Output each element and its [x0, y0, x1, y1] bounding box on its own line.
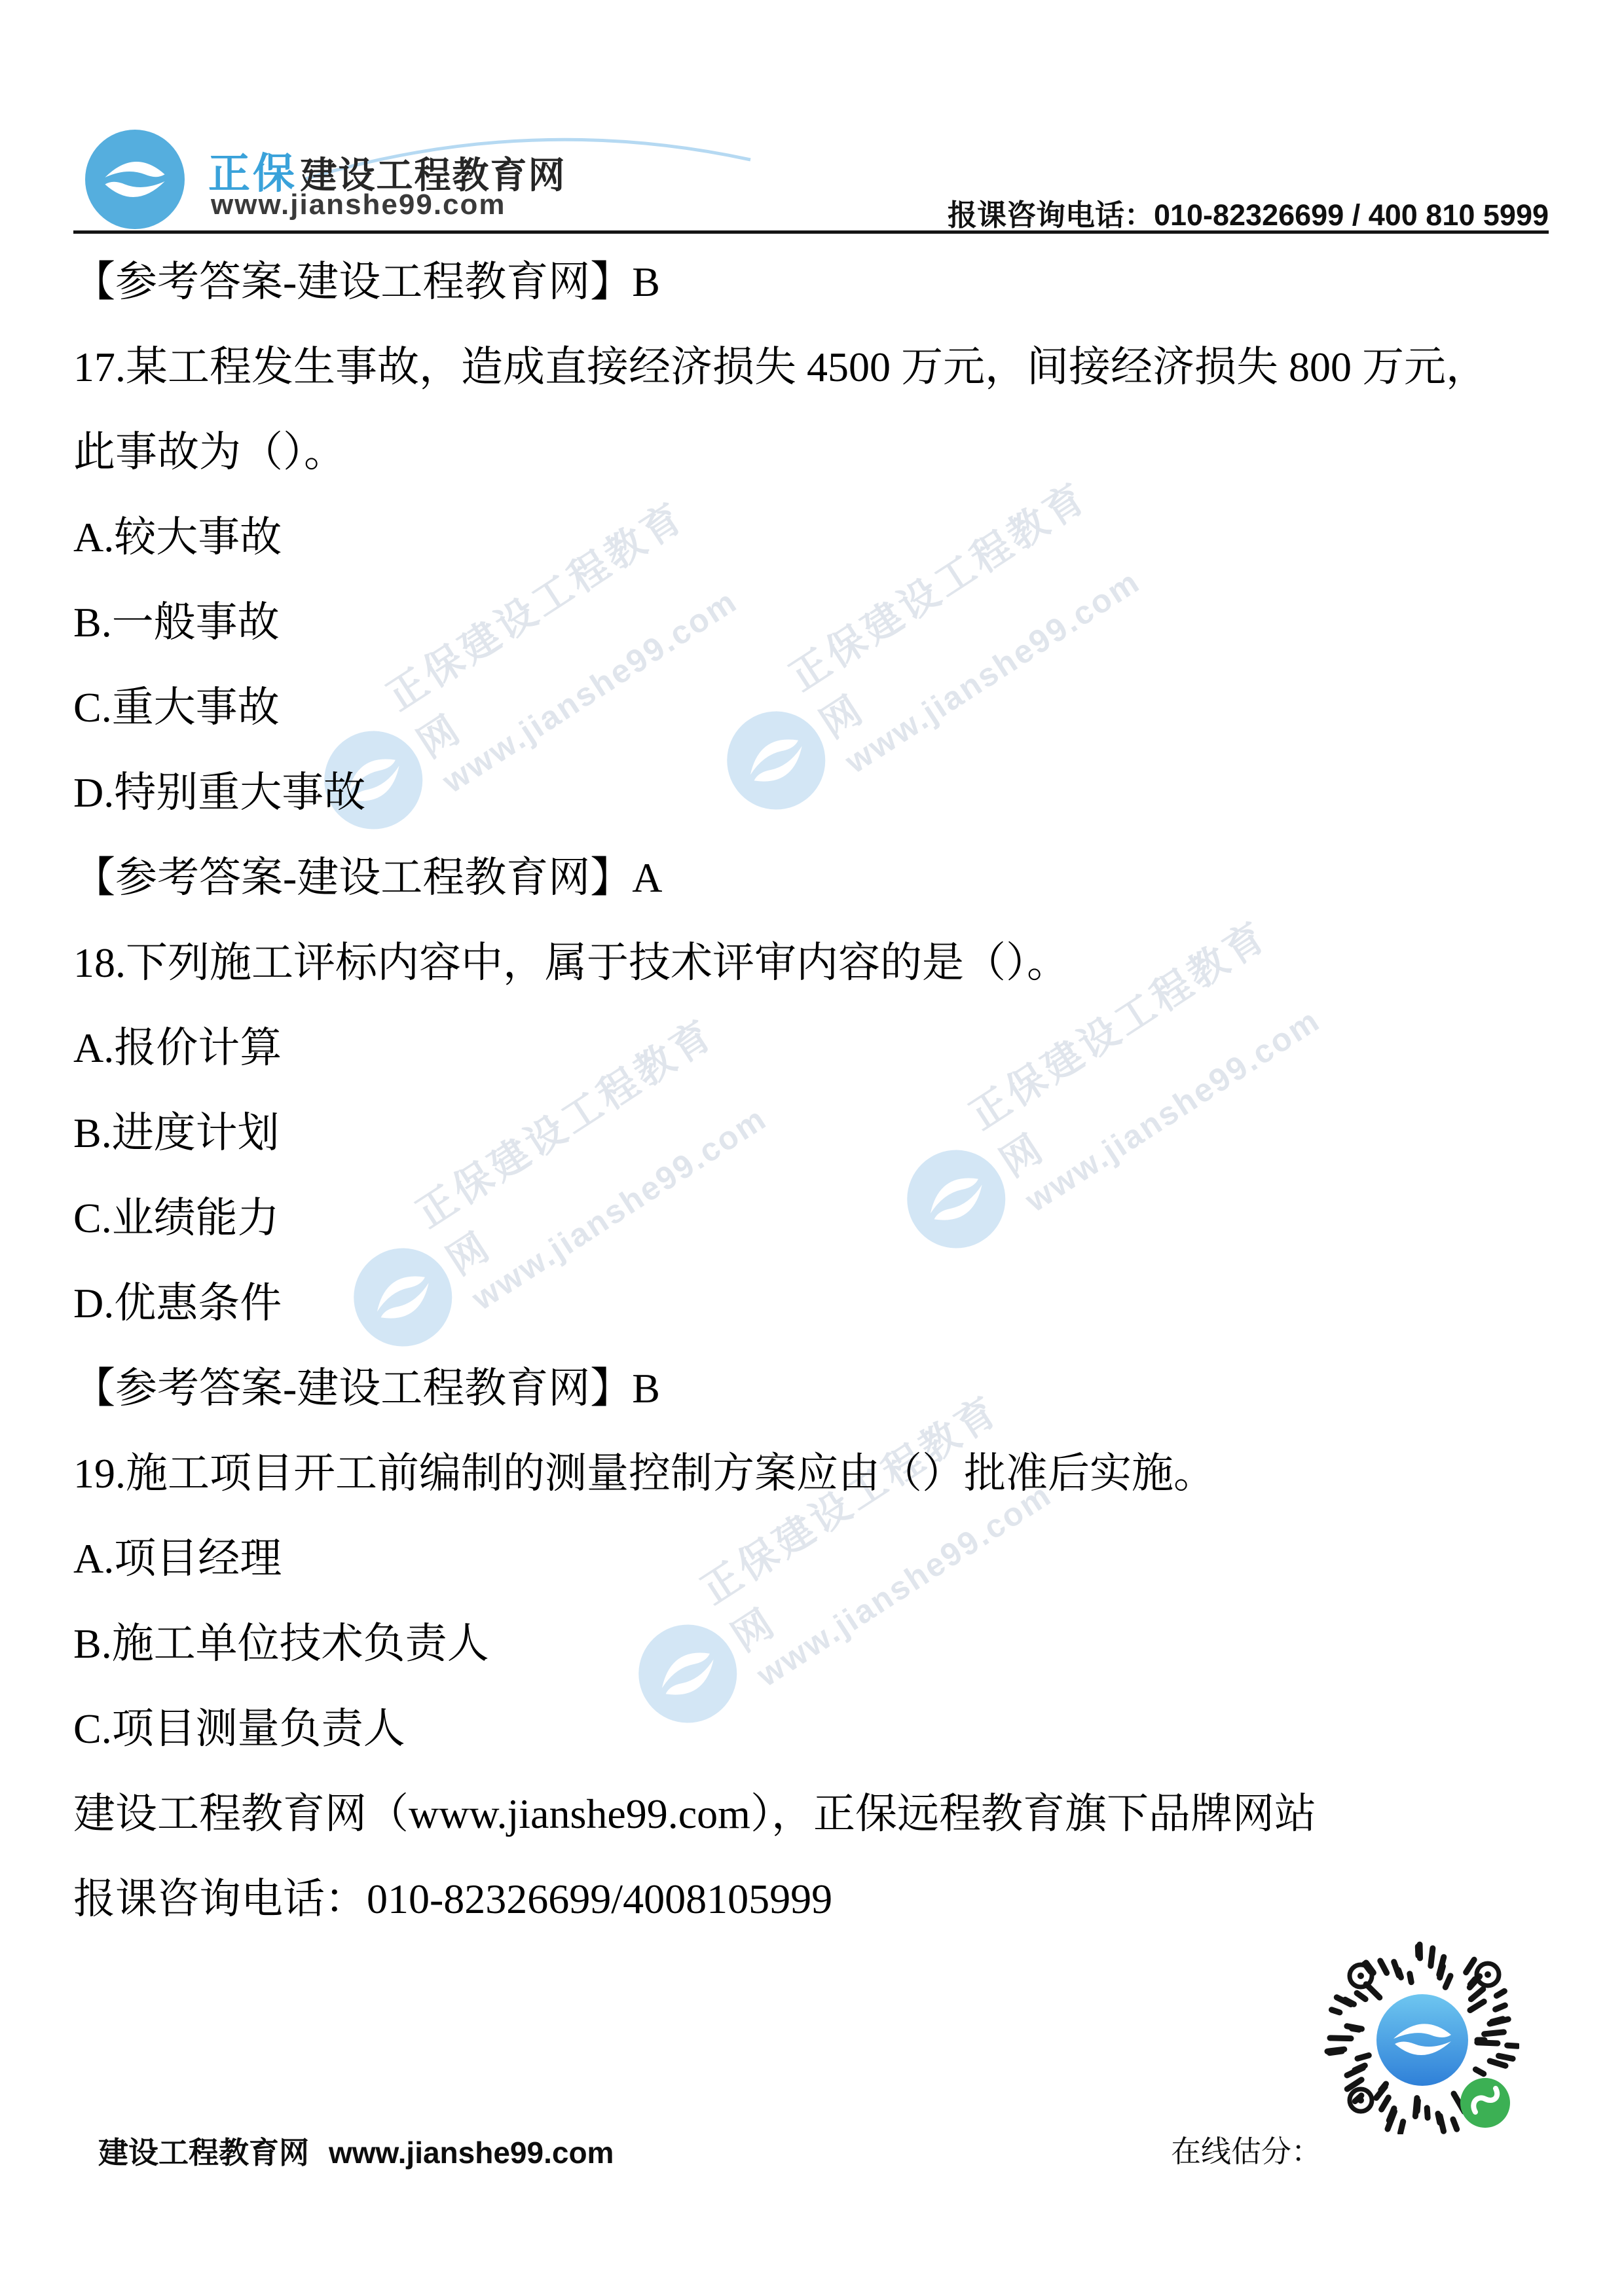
question-19-option-c: C.项目测量负责人 [73, 1686, 1551, 1772]
question-19-stem: 19.施工项目开工前编制的测量控制方案应由（）批准后实施。 [73, 1431, 1551, 1516]
wechat-miniprogram-icon [1460, 2078, 1510, 2128]
question-18-option-b: B.进度计划 [73, 1091, 1551, 1176]
question-17-option-c: C.重大事故 [73, 665, 1551, 750]
question-18-stem: 18.下列施工评标内容中，属于技术评审内容的是（）。 [73, 920, 1551, 1006]
question-18-option-c: C.业绩能力 [73, 1176, 1551, 1261]
qr-center-logo [1376, 1994, 1468, 2086]
header-divider [73, 230, 1549, 234]
answer-line-q18: 【参考答案-建设工程教育网】B [73, 1346, 1551, 1431]
qr-code [1323, 1938, 1519, 2134]
document-page: 正保 建设工程教育网 www.jianshe99.com 报课咨询电话：010-… [0, 0, 1624, 2296]
question-19-option-b: B.施工单位技术负责人 [73, 1601, 1551, 1686]
site-promo-line: 建设工程教育网（www.jianshe99.com），正保远程教育旗下品牌网站 [73, 1772, 1551, 1857]
question-17-stem-line1: 17.某工程发生事故，造成直接经济损失 4500 万元，间接经济损失 800 万… [73, 325, 1551, 410]
question-content: 【参考答案-建设工程教育网】B 17.某工程发生事故，造成直接经济损失 4500… [73, 240, 1551, 1942]
question-17-option-d: D.特别重大事故 [73, 750, 1551, 835]
question-17-option-b: B.一般事故 [73, 580, 1551, 665]
footer-site-line: 建设工程教育网www.jianshe99.com [98, 2129, 614, 2172]
consult-phone-line: 报课咨询电话：010-82326699/4008105999 [73, 1857, 1551, 1942]
question-17-option-a: A.较大事故 [73, 495, 1551, 580]
answer-line-q16: 【参考答案-建设工程教育网】B [73, 240, 1551, 325]
question-17-stem-line2: 此事故为（）。 [73, 410, 1551, 495]
question-18-option-d: D.优惠条件 [73, 1261, 1551, 1346]
question-18-option-a: A.报价计算 [73, 1006, 1551, 1091]
footer-site-name: 建设工程教育网 [98, 2136, 309, 2170]
question-19-option-a: A.项目经理 [73, 1516, 1551, 1601]
footer-site-url: www.jianshe99.com [329, 2136, 614, 2170]
header-phone-line: 报课咨询电话：010-82326699 / 400 810 5999 [73, 191, 1549, 234]
online-score-label: 在线估分： [1171, 2128, 1321, 2171]
answer-line-q17: 【参考答案-建设工程教育网】A [73, 835, 1551, 920]
